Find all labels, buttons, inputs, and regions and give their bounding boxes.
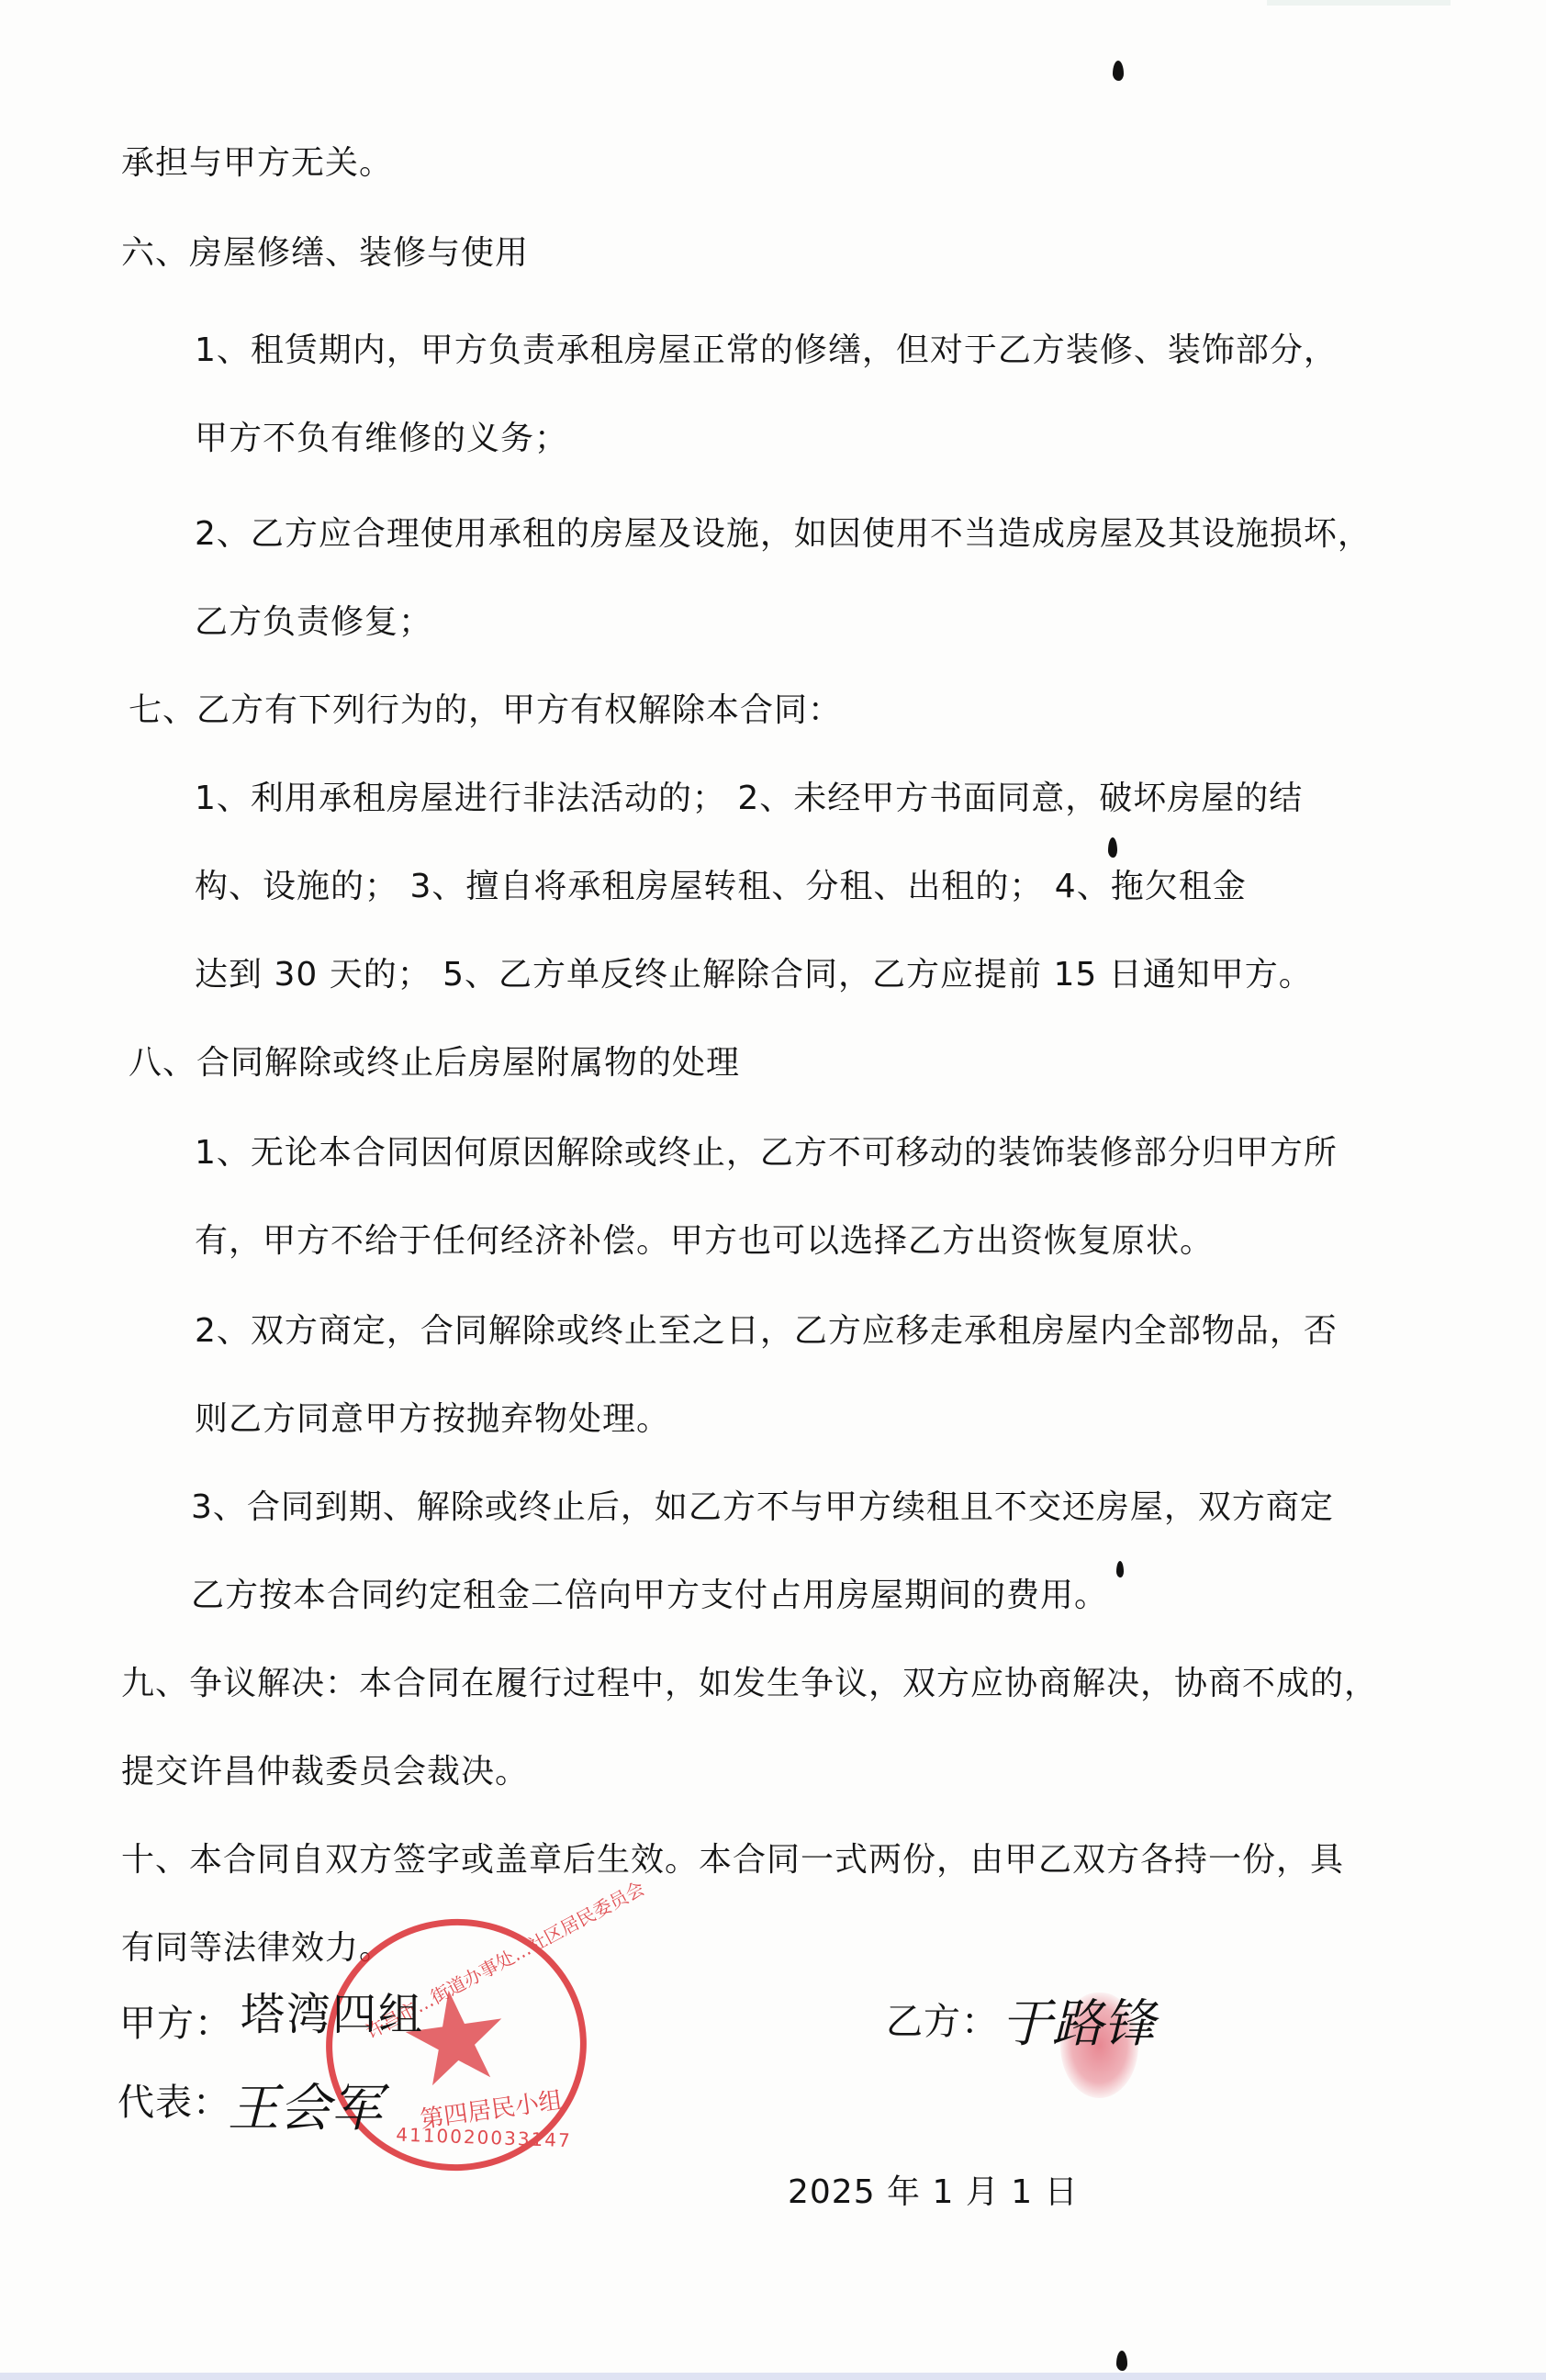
text-line: 承担与甲方无关。 bbox=[121, 143, 393, 184]
scan-edge-bottom bbox=[0, 2373, 1546, 2380]
clause-8-3: 3、合同到期、解除或终止后，如乙方不与甲方续租且不交还房屋，双方商定 bbox=[191, 1487, 1334, 1528]
party-b-signature: 于路锋 bbox=[1001, 1983, 1155, 2057]
scan-speck bbox=[1113, 61, 1124, 81]
signing-date: 2025 年 1 月 1 日 bbox=[788, 2172, 1079, 2213]
party-b-label: 乙方： bbox=[886, 2002, 999, 2042]
clause-8-2: 2、双方商定，合同解除或终止至之日，乙方应移走承租房屋内全部物品，否 bbox=[195, 1311, 1338, 1352]
clause-8-3-cont: 乙方按本合同约定租金二倍向甲方支付占用房屋期间的费用。 bbox=[191, 1576, 1108, 1616]
scan-speck bbox=[1108, 837, 1117, 858]
scan-speck bbox=[1116, 2351, 1127, 2371]
clause-6-1: 1、租赁期内，甲方负责承租房屋正常的修缮，但对于乙方装修、装饰部分， bbox=[195, 331, 1338, 371]
section-10-effect: 十、本合同自双方签字或盖章后生效。本合同一式两份，由甲乙双方各持一份，具 bbox=[121, 1840, 1344, 1880]
section-10-cont: 有同等法律效力。 bbox=[121, 1928, 393, 1969]
clause-7-line-1: 1、利用承租房屋进行非法活动的； 2、未经甲方书面同意，破坏房屋的结 bbox=[195, 779, 1303, 819]
party-a-label: 甲方： bbox=[119, 2004, 232, 2044]
clause-8-1: 1、无论本合同因何原因解除或终止，乙方不可移动的装饰装修部分归甲方所 bbox=[195, 1133, 1338, 1173]
clause-7-line-3: 达到 30 天的； 5、乙方单反终止解除合同，乙方应提前 15 日通知甲方。 bbox=[195, 955, 1313, 995]
party-a-name: 塔湾四组 bbox=[241, 1994, 424, 2035]
clause-8-2-cont: 则乙方同意甲方按抛弃物处理。 bbox=[195, 1399, 670, 1440]
section-9-cont: 提交许昌仲裁委员会裁决。 bbox=[121, 1752, 529, 1792]
representative-label: 代表： bbox=[118, 2082, 230, 2123]
clause-6-2-cont: 乙方负责修复； bbox=[195, 602, 432, 643]
clause-7-line-2: 构、设施的； 3、擅自将承租房屋转租、分租、出租的； 4、拖欠租金 bbox=[195, 867, 1247, 907]
clause-8-1-cont: 有，甲方不给于任何经济补偿。甲方也可以选择乙方出资恢复原状。 bbox=[195, 1221, 1214, 1262]
clause-6-1-cont: 甲方不负有维修的义务； bbox=[195, 419, 568, 459]
clause-6-2: 2、乙方应合理使用承租的房屋及设施，如因使用不当造成房屋及其设施损坏， bbox=[195, 514, 1372, 555]
section-7-heading: 七、乙方有下列行为的，甲方有权解除本合同： bbox=[129, 690, 842, 731]
seal-number: 4110020033147 bbox=[396, 2123, 572, 2151]
section-9-dispute: 九、争议解决：本合同在履行过程中，如发生争议，双方应协商解决，协商不成的， bbox=[121, 1664, 1378, 1704]
section-6-heading: 六、房屋修缮、装修与使用 bbox=[121, 233, 529, 274]
scan-speck bbox=[1116, 1561, 1124, 1577]
section-8-heading: 八、合同解除或终止后房屋附属物的处理 bbox=[129, 1043, 740, 1083]
scan-edge-top bbox=[1267, 0, 1451, 6]
representative-signature: 王会军 bbox=[228, 2068, 382, 2141]
contract-page: 承担与甲方无关。 六、房屋修缮、装修与使用 1、租赁期内，甲方负责承租房屋正常的… bbox=[0, 0, 1546, 2380]
